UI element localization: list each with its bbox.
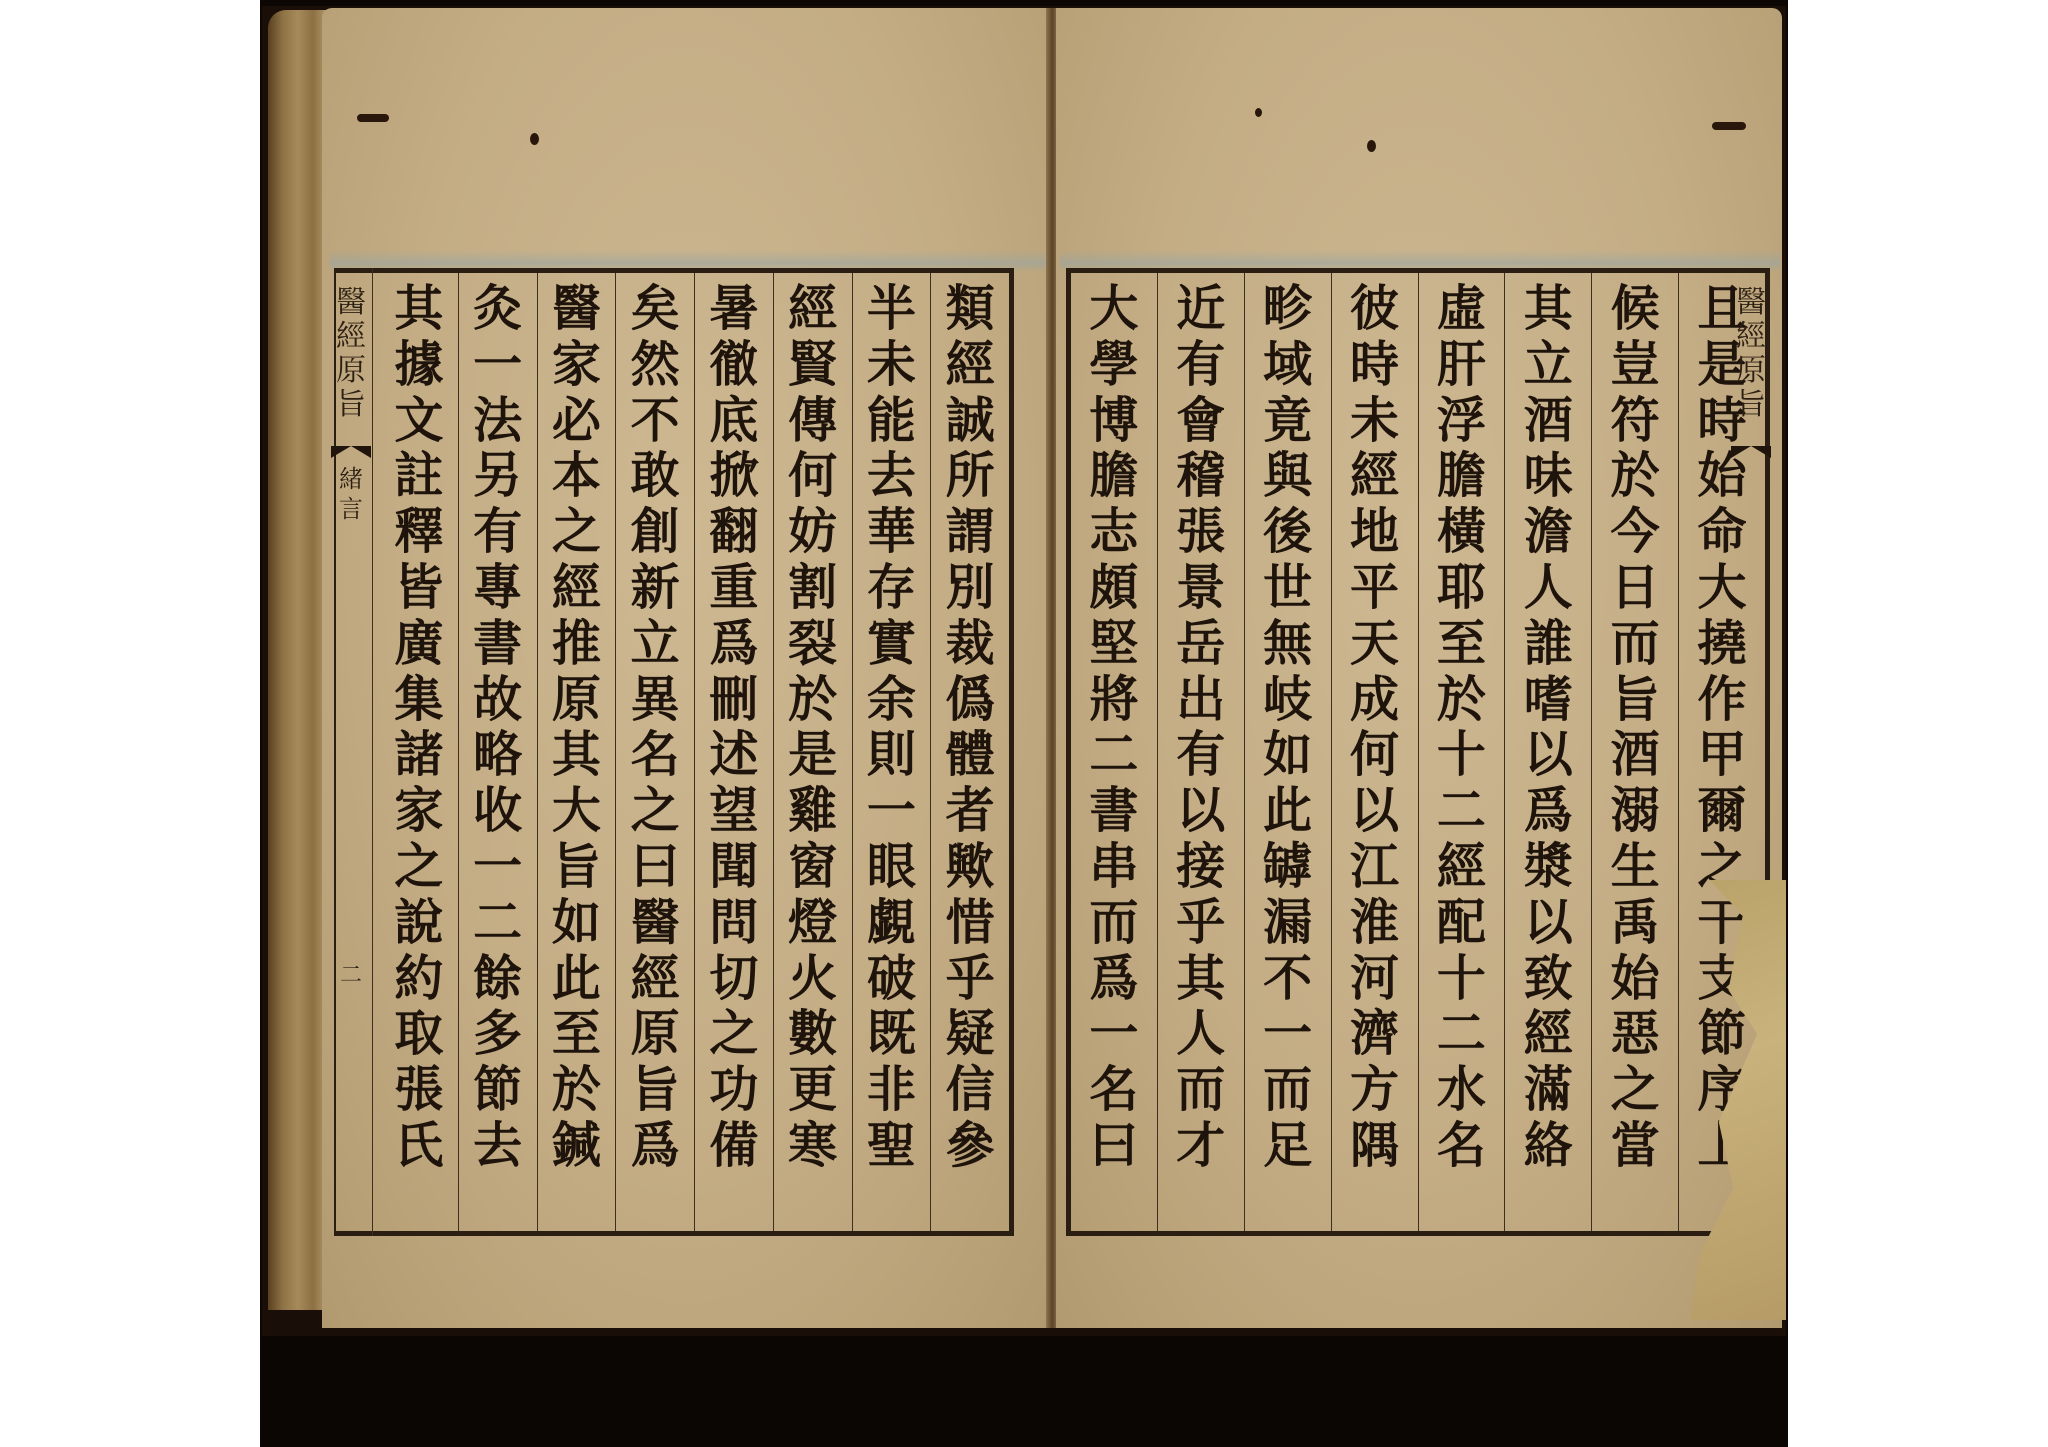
character: 大 bbox=[1089, 281, 1138, 337]
text-column: 近有會稽張景岳出有以接乎其人而才 bbox=[1157, 273, 1244, 1231]
character: 乎 bbox=[946, 951, 995, 1007]
character: 氏 bbox=[394, 1118, 443, 1174]
character: 聞 bbox=[709, 839, 758, 895]
character: 余 bbox=[867, 672, 916, 728]
character: 裂 bbox=[788, 616, 837, 672]
character: 一 bbox=[473, 839, 522, 895]
character: 故 bbox=[473, 672, 522, 728]
character: 火 bbox=[788, 951, 837, 1007]
character: 去 bbox=[867, 448, 916, 504]
character: 至 bbox=[552, 1006, 601, 1062]
character: 而 bbox=[1176, 1062, 1225, 1118]
character: 候 bbox=[1611, 281, 1660, 337]
character: 嗜 bbox=[1524, 672, 1573, 728]
text-column: 彼時未經地平天成何以江淮河濟方隅 bbox=[1331, 273, 1418, 1231]
character: 經 bbox=[1350, 448, 1399, 504]
character: 大 bbox=[552, 783, 601, 839]
character: 橫 bbox=[1437, 504, 1486, 560]
character: 澹 bbox=[1524, 504, 1573, 560]
character: 數 bbox=[788, 1006, 837, 1062]
character: 未 bbox=[867, 337, 916, 393]
character: 學 bbox=[1089, 337, 1138, 393]
character: 膽 bbox=[1437, 448, 1486, 504]
character: 經 bbox=[946, 337, 995, 393]
character: 所 bbox=[946, 448, 995, 504]
character: 味 bbox=[1524, 448, 1573, 504]
character: 將 bbox=[1089, 672, 1138, 728]
character: 者 bbox=[946, 783, 995, 839]
character: 無 bbox=[1263, 616, 1312, 672]
character: 會 bbox=[1176, 393, 1225, 449]
character: 切 bbox=[709, 951, 758, 1007]
character: 漿 bbox=[1524, 839, 1573, 895]
character: 敢 bbox=[631, 448, 680, 504]
character: 醫 bbox=[1736, 286, 1766, 320]
character: 約 bbox=[394, 951, 443, 1007]
character: 江 bbox=[1350, 839, 1399, 895]
left-banxin: 醫經原旨 緒言 二 bbox=[330, 268, 373, 1236]
character: 方 bbox=[1350, 1062, 1399, 1118]
character: 酒 bbox=[1611, 727, 1660, 783]
character: 誰 bbox=[1524, 616, 1573, 672]
character: 漏 bbox=[1263, 895, 1312, 951]
character: 後 bbox=[1263, 504, 1312, 560]
character: 經 bbox=[631, 951, 680, 1007]
character: 岐 bbox=[1263, 672, 1312, 728]
text-column: 類經誠所謂別裁僞體者歟惜乎疑信參 bbox=[930, 273, 1009, 1231]
character: 而 bbox=[1611, 616, 1660, 672]
character: 問 bbox=[709, 895, 758, 951]
character: 多 bbox=[473, 1006, 522, 1062]
character: 鍼 bbox=[552, 1118, 601, 1174]
character: 酒 bbox=[1524, 393, 1573, 449]
character: 醫 bbox=[552, 281, 601, 337]
character: 二 bbox=[1089, 727, 1138, 783]
character: 有 bbox=[1176, 337, 1225, 393]
character: 耶 bbox=[1437, 560, 1486, 616]
character: 堅 bbox=[1089, 616, 1138, 672]
character: 有 bbox=[473, 504, 522, 560]
character: 歟 bbox=[946, 839, 995, 895]
character: 能 bbox=[867, 393, 916, 449]
character: 醫 bbox=[631, 895, 680, 951]
character: 天 bbox=[1350, 616, 1399, 672]
character: 何 bbox=[788, 448, 837, 504]
character: 聖 bbox=[867, 1118, 916, 1174]
ink-mark-right bbox=[1712, 122, 1746, 130]
character: 必 bbox=[552, 393, 601, 449]
character: 日 bbox=[1611, 560, 1660, 616]
character: 人 bbox=[1524, 560, 1573, 616]
banxin-title: 醫經原旨 bbox=[336, 286, 366, 422]
fishtail-mark-icon bbox=[331, 446, 371, 458]
character: 經 bbox=[1524, 1006, 1573, 1062]
character: 十 bbox=[1437, 727, 1486, 783]
character: 實 bbox=[867, 616, 916, 672]
character: 僞 bbox=[946, 672, 995, 728]
character: 其 bbox=[1524, 281, 1573, 337]
character: 廣 bbox=[394, 616, 443, 672]
character: 專 bbox=[473, 560, 522, 616]
character: 一 bbox=[1263, 1006, 1312, 1062]
character: 之 bbox=[631, 783, 680, 839]
character: 節 bbox=[473, 1062, 522, 1118]
character: 另 bbox=[473, 448, 522, 504]
character: 破 bbox=[867, 951, 916, 1007]
character: 釋 bbox=[394, 504, 443, 560]
character: 醫 bbox=[336, 286, 366, 320]
character: 二 bbox=[1437, 1006, 1486, 1062]
character: 灸 bbox=[473, 281, 522, 337]
character: 類 bbox=[946, 281, 995, 337]
character: 彼 bbox=[1350, 281, 1399, 337]
character: 平 bbox=[1350, 560, 1399, 616]
character: 曰 bbox=[1089, 1118, 1138, 1174]
character: 旨 bbox=[631, 1062, 680, 1118]
text-column: 經賢傳何妨割裂於是雞窗燈火數更寒 bbox=[773, 273, 852, 1231]
character: 徹 bbox=[709, 337, 758, 393]
character: 始 bbox=[1611, 951, 1660, 1007]
character: 經 bbox=[552, 560, 601, 616]
character: 有 bbox=[1176, 727, 1225, 783]
character: 於 bbox=[788, 672, 837, 728]
character: 足 bbox=[1263, 1118, 1312, 1174]
character: 旨 bbox=[552, 839, 601, 895]
character: 時 bbox=[1350, 337, 1399, 393]
character: 疑 bbox=[946, 1006, 995, 1062]
character: 如 bbox=[1263, 727, 1312, 783]
character: 原 bbox=[552, 672, 601, 728]
banxin-section: 緒言 bbox=[339, 464, 363, 524]
character: 水 bbox=[1437, 1062, 1486, 1118]
character: 之 bbox=[709, 1006, 758, 1062]
character: 何 bbox=[1350, 727, 1399, 783]
banxin-title: 醫經原旨 bbox=[1736, 286, 1766, 422]
character: 之 bbox=[552, 504, 601, 560]
character: 更 bbox=[788, 1062, 837, 1118]
character: 參 bbox=[946, 1118, 995, 1174]
character: 華 bbox=[867, 504, 916, 560]
character: 張 bbox=[1176, 504, 1225, 560]
character: 緒 bbox=[339, 464, 363, 494]
character: 其 bbox=[394, 281, 443, 337]
character: 書 bbox=[473, 616, 522, 672]
text-column: 畛域竟與後世無岐如此罅漏不一而足 bbox=[1244, 273, 1331, 1231]
character: 謂 bbox=[946, 504, 995, 560]
character: 原 bbox=[1736, 354, 1766, 388]
character: 不 bbox=[631, 393, 680, 449]
character: 畛 bbox=[1263, 281, 1312, 337]
character: 割 bbox=[788, 560, 837, 616]
character: 滿 bbox=[1524, 1062, 1573, 1118]
character: 爲 bbox=[631, 1118, 680, 1174]
character: 爲 bbox=[1089, 951, 1138, 1007]
character: 經 bbox=[1736, 320, 1766, 354]
character: 其 bbox=[552, 727, 601, 783]
character: 淮 bbox=[1350, 895, 1399, 951]
left-page-frame: 類經誠所謂別裁僞體者歟惜乎疑信參半未能去華存實余則一眼覷破既非聖經賢傳何妨割裂於… bbox=[334, 268, 1014, 1236]
character: 存 bbox=[867, 560, 916, 616]
character: 說 bbox=[394, 895, 443, 951]
character: 於 bbox=[1437, 672, 1486, 728]
character: 惜 bbox=[946, 895, 995, 951]
character: 之 bbox=[394, 839, 443, 895]
character: 雞 bbox=[788, 783, 837, 839]
character: 言 bbox=[339, 494, 363, 524]
character: 致 bbox=[1524, 951, 1573, 1007]
character: 文 bbox=[394, 393, 443, 449]
character: 信 bbox=[946, 1062, 995, 1118]
character: 未 bbox=[1350, 393, 1399, 449]
character: 諸 bbox=[394, 727, 443, 783]
character: 世 bbox=[1263, 560, 1312, 616]
character: 隅 bbox=[1350, 1118, 1399, 1174]
text-column: 暑徹底掀翻重爲刪述望聞問切之功備 bbox=[694, 273, 773, 1231]
character: 景 bbox=[1176, 560, 1225, 616]
character: 河 bbox=[1350, 951, 1399, 1007]
character: 爲 bbox=[709, 616, 758, 672]
character: 旨 bbox=[1611, 672, 1660, 728]
character: 豈 bbox=[1611, 337, 1660, 393]
character: 符 bbox=[1611, 393, 1660, 449]
character: 至 bbox=[1437, 616, 1486, 672]
character: 覷 bbox=[867, 895, 916, 951]
character: 以 bbox=[1350, 783, 1399, 839]
character: 功 bbox=[709, 1062, 758, 1118]
character: 家 bbox=[552, 337, 601, 393]
character: 眼 bbox=[867, 839, 916, 895]
character: 名 bbox=[1437, 1118, 1486, 1174]
character: 才 bbox=[1176, 1118, 1225, 1174]
character: 成 bbox=[1350, 672, 1399, 728]
character: 惡 bbox=[1611, 1006, 1660, 1062]
character: 家 bbox=[394, 783, 443, 839]
character: 禹 bbox=[1611, 895, 1660, 951]
character: 不 bbox=[1263, 951, 1312, 1007]
character: 底 bbox=[709, 393, 758, 449]
character: 據 bbox=[394, 337, 443, 393]
banxin-page-number: 二 bbox=[340, 958, 362, 989]
character: 近 bbox=[1176, 281, 1225, 337]
character: 膽 bbox=[1089, 448, 1138, 504]
character: 浮 bbox=[1437, 393, 1486, 449]
character: 立 bbox=[631, 616, 680, 672]
character: 博 bbox=[1089, 393, 1138, 449]
character: 原 bbox=[336, 354, 366, 388]
character: 然 bbox=[631, 337, 680, 393]
character: 賢 bbox=[788, 337, 837, 393]
character: 當 bbox=[1611, 1118, 1660, 1174]
character: 十 bbox=[1437, 951, 1486, 1007]
page-stack-edge bbox=[268, 10, 328, 1310]
left-text-columns: 類經誠所謂別裁僞體者歟惜乎疑信參半未能去華存實余則一眼覷破既非聖經賢傳何妨割裂於… bbox=[380, 273, 1009, 1231]
character: 體 bbox=[946, 727, 995, 783]
character: 出 bbox=[1176, 672, 1225, 728]
character: 今 bbox=[1611, 504, 1660, 560]
character: 經 bbox=[788, 281, 837, 337]
right-text-columns: 且是時始命大撓作甲爾之干支節序上候豈符於今日而旨酒溺生禹始惡之當其立酒味澹人誰嗜… bbox=[1071, 273, 1765, 1231]
character: 燈 bbox=[788, 895, 837, 951]
character: 誠 bbox=[946, 393, 995, 449]
character: 乎 bbox=[1176, 895, 1225, 951]
character: 如 bbox=[552, 895, 601, 951]
character: 溺 bbox=[1611, 783, 1660, 839]
character: 二 bbox=[473, 895, 522, 951]
character: 傳 bbox=[788, 393, 837, 449]
scan-bottom-background bbox=[262, 1336, 1786, 1447]
character: 餘 bbox=[473, 951, 522, 1007]
character: 是 bbox=[788, 727, 837, 783]
character: 收 bbox=[473, 783, 522, 839]
character: 爲 bbox=[1524, 783, 1573, 839]
character: 此 bbox=[552, 951, 601, 1007]
character: 窗 bbox=[788, 839, 837, 895]
character: 以 bbox=[1524, 895, 1573, 951]
character: 虛 bbox=[1437, 281, 1486, 337]
fishtail-mark-icon bbox=[1731, 446, 1771, 458]
character: 本 bbox=[552, 448, 601, 504]
character: 集 bbox=[394, 672, 443, 728]
text-column: 大學博膽志頗堅將二書串而爲一名曰 bbox=[1071, 273, 1157, 1231]
character: 以 bbox=[1524, 727, 1573, 783]
character: 望 bbox=[709, 783, 758, 839]
character: 經 bbox=[1437, 839, 1486, 895]
character: 原 bbox=[631, 1006, 680, 1062]
character: 翻 bbox=[709, 504, 758, 560]
text-column: 醫家必本之經推原其大旨如此至於鍼 bbox=[537, 273, 616, 1231]
character: 與 bbox=[1263, 448, 1312, 504]
character: 創 bbox=[631, 504, 680, 560]
character: 法 bbox=[473, 393, 522, 449]
character: 人 bbox=[1176, 1006, 1225, 1062]
character: 推 bbox=[552, 616, 601, 672]
character: 名 bbox=[631, 727, 680, 783]
character: 取 bbox=[394, 1006, 443, 1062]
character: 備 bbox=[709, 1118, 758, 1174]
character: 刪 bbox=[709, 672, 758, 728]
character: 皆 bbox=[394, 560, 443, 616]
character: 旨 bbox=[1736, 388, 1766, 422]
text-column: 矣然不敢創新立異名之曰醫經原旨爲 bbox=[615, 273, 694, 1231]
character: 註 bbox=[394, 448, 443, 504]
text-column: 半未能去華存實余則一眼覷破既非聖 bbox=[852, 273, 931, 1231]
character: 志 bbox=[1089, 504, 1138, 560]
character: 妨 bbox=[788, 504, 837, 560]
character: 立 bbox=[1524, 337, 1573, 393]
character: 書 bbox=[1089, 783, 1138, 839]
character: 別 bbox=[946, 560, 995, 616]
character: 新 bbox=[631, 560, 680, 616]
character: 暑 bbox=[709, 281, 758, 337]
character: 略 bbox=[473, 727, 522, 783]
character: 岳 bbox=[1176, 616, 1225, 672]
character: 串 bbox=[1089, 839, 1138, 895]
character: 於 bbox=[552, 1062, 601, 1118]
character: 裁 bbox=[946, 616, 995, 672]
character: 於 bbox=[1611, 448, 1660, 504]
character: 之 bbox=[1611, 1062, 1660, 1118]
character: 既 bbox=[867, 1006, 916, 1062]
character: 而 bbox=[1089, 895, 1138, 951]
text-column: 灸一法另有專書故略收一二餘多節去 bbox=[458, 273, 537, 1231]
character: 一 bbox=[473, 337, 522, 393]
character: 頗 bbox=[1089, 560, 1138, 616]
character: 地 bbox=[1350, 504, 1399, 560]
character: 掀 bbox=[709, 448, 758, 504]
character: 非 bbox=[867, 1062, 916, 1118]
text-column: 候豈符於今日而旨酒溺生禹始惡之當 bbox=[1591, 273, 1678, 1231]
character: 生 bbox=[1611, 839, 1660, 895]
character: 二 bbox=[1437, 783, 1486, 839]
ink-dot-right bbox=[1367, 140, 1376, 152]
character: 旨 bbox=[336, 388, 366, 422]
character: 竟 bbox=[1263, 393, 1312, 449]
character: 而 bbox=[1263, 1062, 1312, 1118]
character: 述 bbox=[709, 727, 758, 783]
character: 接 bbox=[1176, 839, 1225, 895]
text-column: 其立酒味澹人誰嗜以爲漿以致經滿絡 bbox=[1504, 273, 1591, 1231]
character: 張 bbox=[394, 1062, 443, 1118]
character: 一 bbox=[1089, 1006, 1138, 1062]
text-column: 虛肝浮膽橫耶至於十二經配十二水名 bbox=[1418, 273, 1505, 1231]
character: 異 bbox=[631, 672, 680, 728]
character: 曰 bbox=[631, 839, 680, 895]
character: 配 bbox=[1437, 895, 1486, 951]
character: 罅 bbox=[1263, 839, 1312, 895]
character: 則 bbox=[867, 727, 916, 783]
ink-dot-right-2 bbox=[1255, 108, 1262, 117]
ink-dot-left bbox=[530, 133, 539, 145]
character: 濟 bbox=[1350, 1006, 1399, 1062]
character: 經 bbox=[336, 320, 366, 354]
character: 重 bbox=[709, 560, 758, 616]
character: 矣 bbox=[631, 281, 680, 337]
character: 寒 bbox=[788, 1118, 837, 1174]
character: 其 bbox=[1176, 951, 1225, 1007]
character: 半 bbox=[867, 281, 916, 337]
character: 肝 bbox=[1437, 337, 1486, 393]
character: 域 bbox=[1263, 337, 1312, 393]
right-page-frame: 且是時始命大撓作甲爾之干支節序上候豈符於今日而旨酒溺生禹始惡之當其立酒味澹人誰嗜… bbox=[1066, 268, 1770, 1236]
character: 一 bbox=[867, 783, 916, 839]
text-column: 其據文註釋皆廣集諸家之說約取張氏 bbox=[380, 273, 458, 1231]
character: 絡 bbox=[1524, 1118, 1573, 1174]
character: 名 bbox=[1089, 1062, 1138, 1118]
character: 去 bbox=[473, 1118, 522, 1174]
character: 以 bbox=[1176, 783, 1225, 839]
ink-mark-left bbox=[357, 114, 389, 122]
character: 稽 bbox=[1176, 448, 1225, 504]
character: 此 bbox=[1263, 783, 1312, 839]
